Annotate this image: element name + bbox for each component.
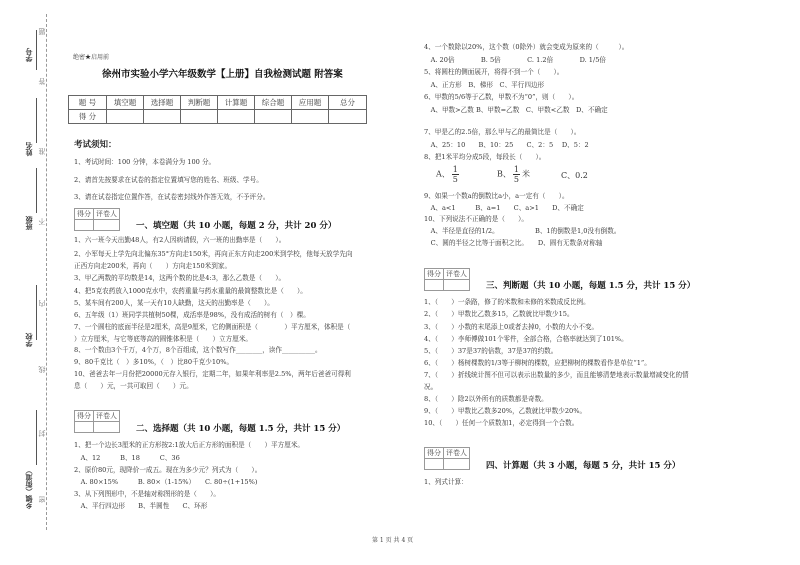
notice-item: 2、请首先按要求在试卷的指定位置填写您的姓名、班级、学号。 — [74, 177, 263, 184]
question-line: 2、（ ）甲数比乙数多15，乙数就比甲数少15。 — [424, 311, 574, 318]
cell: 判断题 — [181, 96, 218, 110]
question-line: 7、一个圆柱的底面半径是2厘米，高是9厘米，它的侧面积是（ ）平方厘米，体积是（ — [74, 324, 350, 331]
cell: 计算题 — [218, 96, 255, 110]
grader-input-cell[interactable] — [94, 220, 120, 231]
grader-label: 评卷人 — [444, 448, 470, 459]
score-table: 题 号 填空题 选择题 判断题 计算题 综合题 应用题 总分 得 分 — [68, 95, 367, 124]
notice-item: 1、考试时间：100 分钟，本卷满分为 100 分。 — [74, 159, 215, 166]
q8-option-a: A、15 — [436, 165, 461, 184]
question-line: 8、（ ）除2以外所有的质数都是奇数。 — [424, 396, 548, 403]
option-line: A、平行四边形 B、半圆性 C、环形 — [74, 503, 207, 510]
secret-label: 绝密★启用前 — [73, 55, 109, 61]
q8-option-c: C、0.2 — [561, 172, 588, 180]
section-title: 一、填空题（共 10 小题，每题 2 分，共计 20 分） — [136, 222, 336, 231]
notice-item: 3、请在试卷指定位置作答，在试卷密封线外作答无效，不予评分。 — [74, 194, 269, 201]
question-line: 4、把5克农药放入1000克水中，农药重量与药水重量的最简整数比是（ ）。 — [74, 288, 307, 295]
option-line: A. 80×15% B. 80×（1-15%） C. 80÷(1+15%) — [74, 479, 257, 486]
question-line: 7、甲是乙的2.5倍，那么甲与乙的最简比是（ ）。 — [424, 129, 580, 136]
score-cell[interactable] — [218, 110, 255, 124]
question-line: 5、将圆柱的侧面展开，将得不到一个（ ）。 — [424, 69, 563, 76]
question-line: 10、（ ）任何一个质数加1，必定得到一个合数。 — [424, 420, 578, 427]
cell: 应用题 — [292, 96, 329, 110]
question-line: 4、一个数除以20%，这个数（0除外）就会变成为原来的（ ）。 — [424, 44, 628, 51]
question-line: 6、甲数的5/6等于乙数，甲数不为“0”，则（ ）。 — [424, 94, 578, 101]
option-line: A、12 B、18 C、36 — [74, 455, 180, 462]
question-line: 7、（ ）折线统计图不但可以表示出数量的多少，而且能够清楚地表示数量增减变化的情 — [424, 372, 689, 379]
question-line: 3、从下列图形中，不是轴对称图形的是（ ）。 — [74, 491, 220, 498]
cell: 总分 — [329, 96, 367, 110]
score-cell[interactable] — [107, 110, 144, 124]
score-cell[interactable] — [144, 110, 181, 124]
question-line: 10、下列说法不正确的是（ ）。 — [424, 216, 528, 223]
grader-box: 得分评卷人 — [74, 410, 120, 433]
question-line: ）立方厘米，与它等底等高的圆锥体积是（ ）立方厘米。 — [74, 336, 252, 343]
exam-title: 徐州市实验小学六年级数学【上册】自我检测试题 附答案 — [102, 70, 343, 80]
score-table-header-row: 题 号 填空题 选择题 判断题 计算题 综合题 应用题 总分 — [69, 96, 367, 110]
question-line: 9、如果一个数a的倒数比a小，a一定有（ ）。 — [424, 193, 569, 200]
fraction: 15 — [513, 165, 520, 184]
question-line: 1、六一班今天出勤48人，有2人因病请假，六一班的出勤率是（ ）。 — [74, 237, 285, 244]
grader-score-label: 得分 — [75, 209, 94, 220]
cell: 选择题 — [144, 96, 181, 110]
grader-input-cell[interactable] — [94, 422, 120, 433]
option-line: A、甲数>乙数 B、甲数=乙数 C、甲数<乙数 D、不确定 — [424, 107, 608, 114]
option-line: A、25：10 B、10：25 C、2：5 D、5：2 — [424, 142, 589, 149]
score-cell[interactable] — [329, 110, 367, 124]
grader-box: 得分评卷人 — [74, 208, 120, 231]
grader-score-label: 得分 — [75, 411, 94, 422]
section-title: 四、计算题（共 3 小题，每题 5 分，共计 15 分） — [486, 462, 680, 471]
question-line: 6、（ ）杨树棵数的1/3等于柳树的棵数，应把柳树的棵数看作是单位“1”。 — [424, 360, 651, 367]
grader-label: 评卷人 — [94, 411, 120, 422]
option-prefix: A、 — [436, 170, 450, 179]
question-line: 8、一个数由3个千万，4个万，8个百组成，这个数写作________，读作___… — [74, 347, 322, 354]
numerator: 1 — [452, 165, 459, 175]
question-line: 1、（ ）一条路，修了的米数和未修的米数成反比例。 — [424, 299, 590, 306]
q8-option-b: B、15米 — [497, 165, 530, 184]
option-line: A、a<1 B、a=1 C、a>1 D、不确定 — [424, 205, 584, 212]
cell: 题 号 — [69, 96, 107, 110]
question-line: 息（ ）元，一共可取回（ ）元。 — [74, 383, 193, 390]
question-line: 2、小军每天上学先向北偏东35°方向走150米，再向正东方向走200米到学校，他… — [74, 251, 352, 258]
grader-box: 得分评卷人 — [424, 268, 470, 291]
option-line: C、圆的半径之比等于面积之比。 D、圆有无数条对称轴 — [424, 240, 602, 247]
question-line: 8、把1米平均分成5段，每段长（ ）。 — [424, 154, 545, 161]
option-prefix: B、 — [497, 170, 511, 179]
score-cell[interactable] — [255, 110, 292, 124]
score-input-cell[interactable] — [425, 459, 444, 470]
question-line: 9、（ ）甲数比乙数多20%，乙数就比甲数少20%。 — [424, 408, 586, 415]
question-line: 3、甲乙两数的平均数是14，这两个数的比是4:3，那么乙数是（ ）。 — [74, 275, 285, 282]
fraction: 15 — [452, 165, 459, 184]
grader-input-cell[interactable] — [444, 280, 470, 291]
denominator: 5 — [452, 175, 459, 184]
question-line: 4、（ ）李师傅做101个零件，全部合格，合格率就达到了101%。 — [424, 336, 628, 343]
numerator: 1 — [513, 165, 520, 175]
page-footer: 第 1 页 共 4 页 — [372, 538, 413, 544]
notice-title: 考试须知： — [74, 141, 117, 150]
grader-box: 得分评卷人 — [424, 447, 470, 470]
section-title: 二、选择题（共 10 小题，每题 1.5 分，共计 15 分） — [136, 425, 345, 434]
grader-score-label: 得分 — [425, 269, 444, 280]
question-line: 9、80千克比（ ）多10%，（ ）比80千克少10%。 — [74, 359, 233, 366]
exam-page: 绝密★启用前 徐州市实验小学六年级数学【上册】自我检测试题 附答案 题 号 填空… — [0, 0, 800, 565]
unit: 米 — [522, 170, 530, 179]
question-line: 6、五年级（1）班同学共植树50棵，成活率是98%，没有成活的树有（ ）棵。 — [74, 312, 310, 319]
score-table-score-row: 得 分 — [69, 110, 367, 124]
question-line: 1、列式计算： — [424, 479, 468, 486]
option-line: A. 20倍 B. 5倍 C. 1.2倍 D. 1/5倍 — [424, 57, 606, 64]
question-line: 5、（ ）37是37的倍数，37是37的约数。 — [424, 348, 557, 355]
grader-score-label: 得分 — [425, 448, 444, 459]
grader-label: 评卷人 — [444, 269, 470, 280]
cell: 得 分 — [69, 110, 107, 124]
question-line: 10、爸爸去年一月份把20000元存入银行，定期二年，如果年利率是2.5%，两年… — [74, 371, 351, 378]
denominator: 5 — [513, 175, 520, 184]
question-line: 5、某车间有200人，某一天有10人缺勤，这天的出勤率是（ ）。 — [74, 300, 274, 307]
grader-input-cell[interactable] — [444, 459, 470, 470]
question-line: 正西方向走200米，再向（ ）方向走150米到家。 — [74, 263, 231, 270]
score-input-cell[interactable] — [425, 280, 444, 291]
score-input-cell[interactable] — [75, 422, 94, 433]
cell: 填空题 — [107, 96, 144, 110]
cell: 综合题 — [255, 96, 292, 110]
score-cell[interactable] — [292, 110, 329, 124]
option-line: A、半径是直径的1/2。 B、1的倒数是1,0没有倒数。 — [424, 228, 620, 235]
question-line: 1、把一个边长3厘米的正方形按2:1放大后正方形的面积是（ ）平方厘米。 — [74, 442, 304, 449]
question-line: 2、原价80元，现降价一成五。现在为多少元？列式为（ ）。 — [74, 467, 261, 474]
question-line: 3、（ ）小数的末尾添上0或者去掉0，小数的大小不变。 — [424, 324, 598, 331]
question-line: 况。 — [424, 384, 437, 391]
grader-label: 评卷人 — [94, 209, 120, 220]
score-input-cell[interactable] — [75, 220, 94, 231]
option-line: A、正方形 B、梯形 C、平行四边形 — [424, 82, 544, 89]
score-cell[interactable] — [181, 110, 218, 124]
section-title: 三、判断题（共 10 小题，每题 1.5 分，共计 15 分） — [486, 282, 695, 291]
